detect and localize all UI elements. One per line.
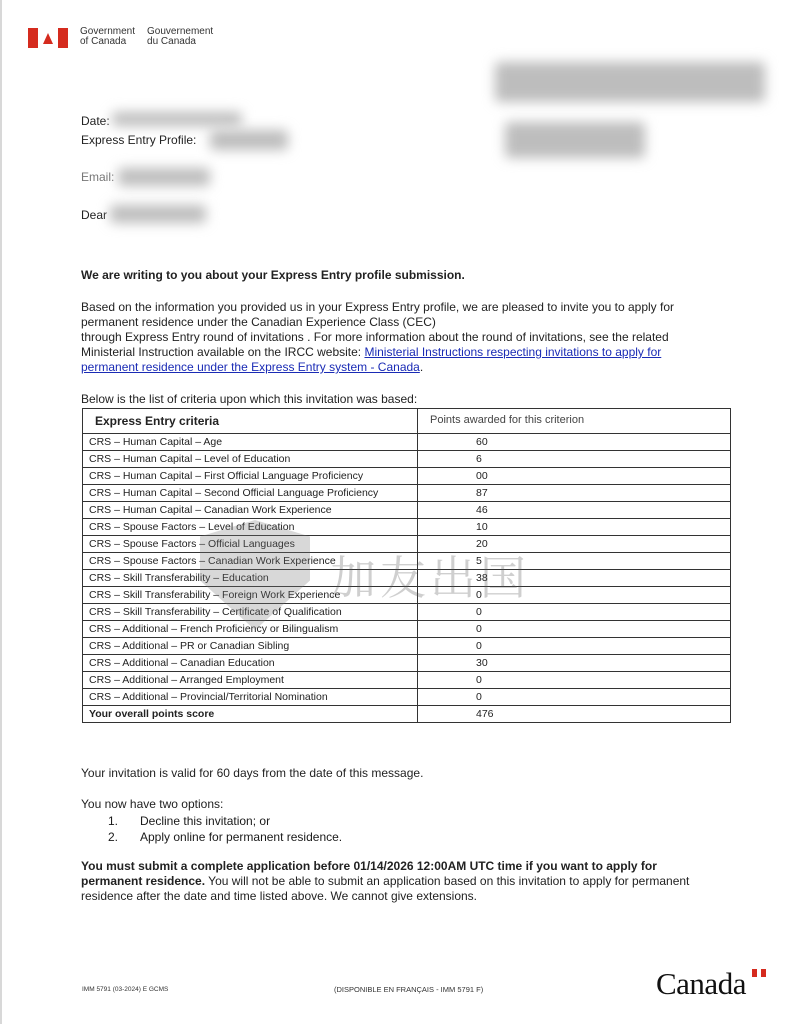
table-row: CRS – Human Capital – First Official Lan… bbox=[83, 468, 731, 485]
table-row: CRS – Skill Transferability – Education3… bbox=[83, 570, 731, 587]
redacted-email bbox=[118, 168, 210, 186]
redacted-date bbox=[112, 112, 242, 126]
table-row: CRS – Additional – PR or Canadian Siblin… bbox=[83, 638, 731, 655]
redacted-address bbox=[495, 62, 765, 102]
criterion-cell: CRS – Skill Transferability – Foreign Wo… bbox=[83, 587, 418, 604]
redacted-profile bbox=[210, 130, 288, 150]
criterion-cell: CRS – Human Capital – Second Official La… bbox=[83, 485, 418, 502]
table-row: CRS – Skill Transferability – Foreign Wo… bbox=[83, 587, 731, 604]
points-cell: 87 bbox=[418, 485, 731, 502]
options-intro: You now have two options: bbox=[81, 797, 223, 812]
government-signature: Government of Canada Gouvernement du Can… bbox=[28, 27, 213, 48]
form-code: IMM 5791 (03-2024) E GCMS bbox=[82, 986, 168, 993]
deadline-paragraph: You must submit a complete application b… bbox=[81, 859, 689, 904]
email-field: Email: bbox=[81, 170, 114, 184]
criterion-cell: CRS – Human Capital – Canadian Work Expe… bbox=[83, 502, 418, 519]
criterion-cell: CRS – Human Capital – Age bbox=[83, 434, 418, 451]
table-row: CRS – Spouse Factors – Official Language… bbox=[83, 536, 731, 553]
government-name-en: Government of Canada bbox=[80, 27, 135, 47]
criterion-cell: CRS – Additional – Canadian Education bbox=[83, 655, 418, 672]
table-row: CRS – Human Capital – Canadian Work Expe… bbox=[83, 502, 731, 519]
points-cell: 10 bbox=[418, 519, 731, 536]
option-item: 2.Apply online for permanent residence. bbox=[108, 829, 342, 845]
points-cell: 20 bbox=[418, 536, 731, 553]
points-cell: 0 bbox=[418, 604, 731, 621]
points-cell: 0 bbox=[418, 638, 731, 655]
wordmark-flag-icon bbox=[752, 969, 766, 977]
points-cell: 0 bbox=[418, 621, 731, 638]
table-row: CRS – Additional – Provincial/Territoria… bbox=[83, 689, 731, 706]
criterion-cell: CRS – Skill Transferability – Certificat… bbox=[83, 604, 418, 621]
canada-flag-icon bbox=[28, 28, 68, 48]
redacted-name bbox=[110, 205, 206, 223]
points-cell: 6 bbox=[418, 451, 731, 468]
points-cell: 46 bbox=[418, 502, 731, 519]
ministerial-instructions-link-cont[interactable]: permanent residence under the Express En… bbox=[81, 360, 420, 374]
table-row: CRS – Human Capital – Age60 bbox=[83, 434, 731, 451]
ministerial-instructions-link[interactable]: Ministerial Instructions respecting invi… bbox=[364, 345, 661, 359]
criterion-cell: CRS – Additional – PR or Canadian Siblin… bbox=[83, 638, 418, 655]
criteria-header: Express Entry criteria bbox=[83, 409, 418, 434]
points-cell: 00 bbox=[418, 468, 731, 485]
total-label: Your overall points score bbox=[83, 706, 418, 723]
criterion-cell: CRS – Spouse Factors – Canadian Work Exp… bbox=[83, 553, 418, 570]
criterion-cell: CRS – Additional – Provincial/Territoria… bbox=[83, 689, 418, 706]
table-row: CRS – Human Capital – Second Official La… bbox=[83, 485, 731, 502]
table-row: CRS – Spouse Factors – Level of Educatio… bbox=[83, 519, 731, 536]
criterion-cell: CRS – Additional – French Proficiency or… bbox=[83, 621, 418, 638]
validity-text: Your invitation is valid for 60 days fro… bbox=[81, 766, 423, 781]
salutation: Dear bbox=[81, 208, 107, 222]
criterion-cell: CRS – Additional – Arranged Employment bbox=[83, 672, 418, 689]
option-item: 1.Decline this invitation; or bbox=[108, 813, 342, 829]
table-row: CRS – Additional – Canadian Education30 bbox=[83, 655, 731, 672]
date-field: Date: bbox=[81, 114, 110, 128]
table-row: CRS – Additional – French Proficiency or… bbox=[83, 621, 731, 638]
table-row: CRS – Spouse Factors – Canadian Work Exp… bbox=[83, 553, 731, 570]
options-list: 1.Decline this invitation; or 2.Apply on… bbox=[108, 813, 342, 845]
points-cell: 5 bbox=[418, 553, 731, 570]
total-row: Your overall points score476 bbox=[83, 706, 731, 723]
table-row: CRS – Human Capital – Level of Education… bbox=[83, 451, 731, 468]
points-cell: 0 bbox=[418, 587, 731, 604]
table-row: CRS – Additional – Arranged Employment0 bbox=[83, 672, 731, 689]
criteria-table: Express Entry criteria Points awarded fo… bbox=[82, 408, 731, 723]
canada-wordmark: Canada bbox=[656, 966, 746, 1002]
table-row: CRS – Skill Transferability – Certificat… bbox=[83, 604, 731, 621]
page-edge bbox=[0, 0, 2, 1024]
points-cell: 0 bbox=[418, 689, 731, 706]
criteria-intro: Below is the list of criteria upon which… bbox=[81, 392, 417, 407]
criterion-cell: CRS – Spouse Factors – Official Language… bbox=[83, 536, 418, 553]
profile-field: Express Entry Profile: bbox=[81, 133, 196, 147]
criterion-cell: CRS – Spouse Factors – Level of Educatio… bbox=[83, 519, 418, 536]
intro-paragraph: Based on the information you provided us… bbox=[81, 300, 674, 375]
points-cell: 38 bbox=[418, 570, 731, 587]
total-points: 476 bbox=[418, 706, 731, 723]
criterion-cell: CRS – Human Capital – First Official Lan… bbox=[83, 468, 418, 485]
french-availability-note: (DISPONIBLE EN FRANÇAIS - IMM 5791 F) bbox=[334, 985, 483, 994]
points-header: Points awarded for this criterion bbox=[418, 409, 731, 434]
subject-line: We are writing to you about your Express… bbox=[81, 268, 465, 283]
criterion-cell: CRS – Skill Transferability – Education bbox=[83, 570, 418, 587]
points-cell: 60 bbox=[418, 434, 731, 451]
redacted-reference bbox=[505, 122, 645, 158]
government-name-fr: Gouvernement du Canada bbox=[147, 27, 213, 47]
criterion-cell: CRS – Human Capital – Level of Education bbox=[83, 451, 418, 468]
points-cell: 30 bbox=[418, 655, 731, 672]
points-cell: 0 bbox=[418, 672, 731, 689]
